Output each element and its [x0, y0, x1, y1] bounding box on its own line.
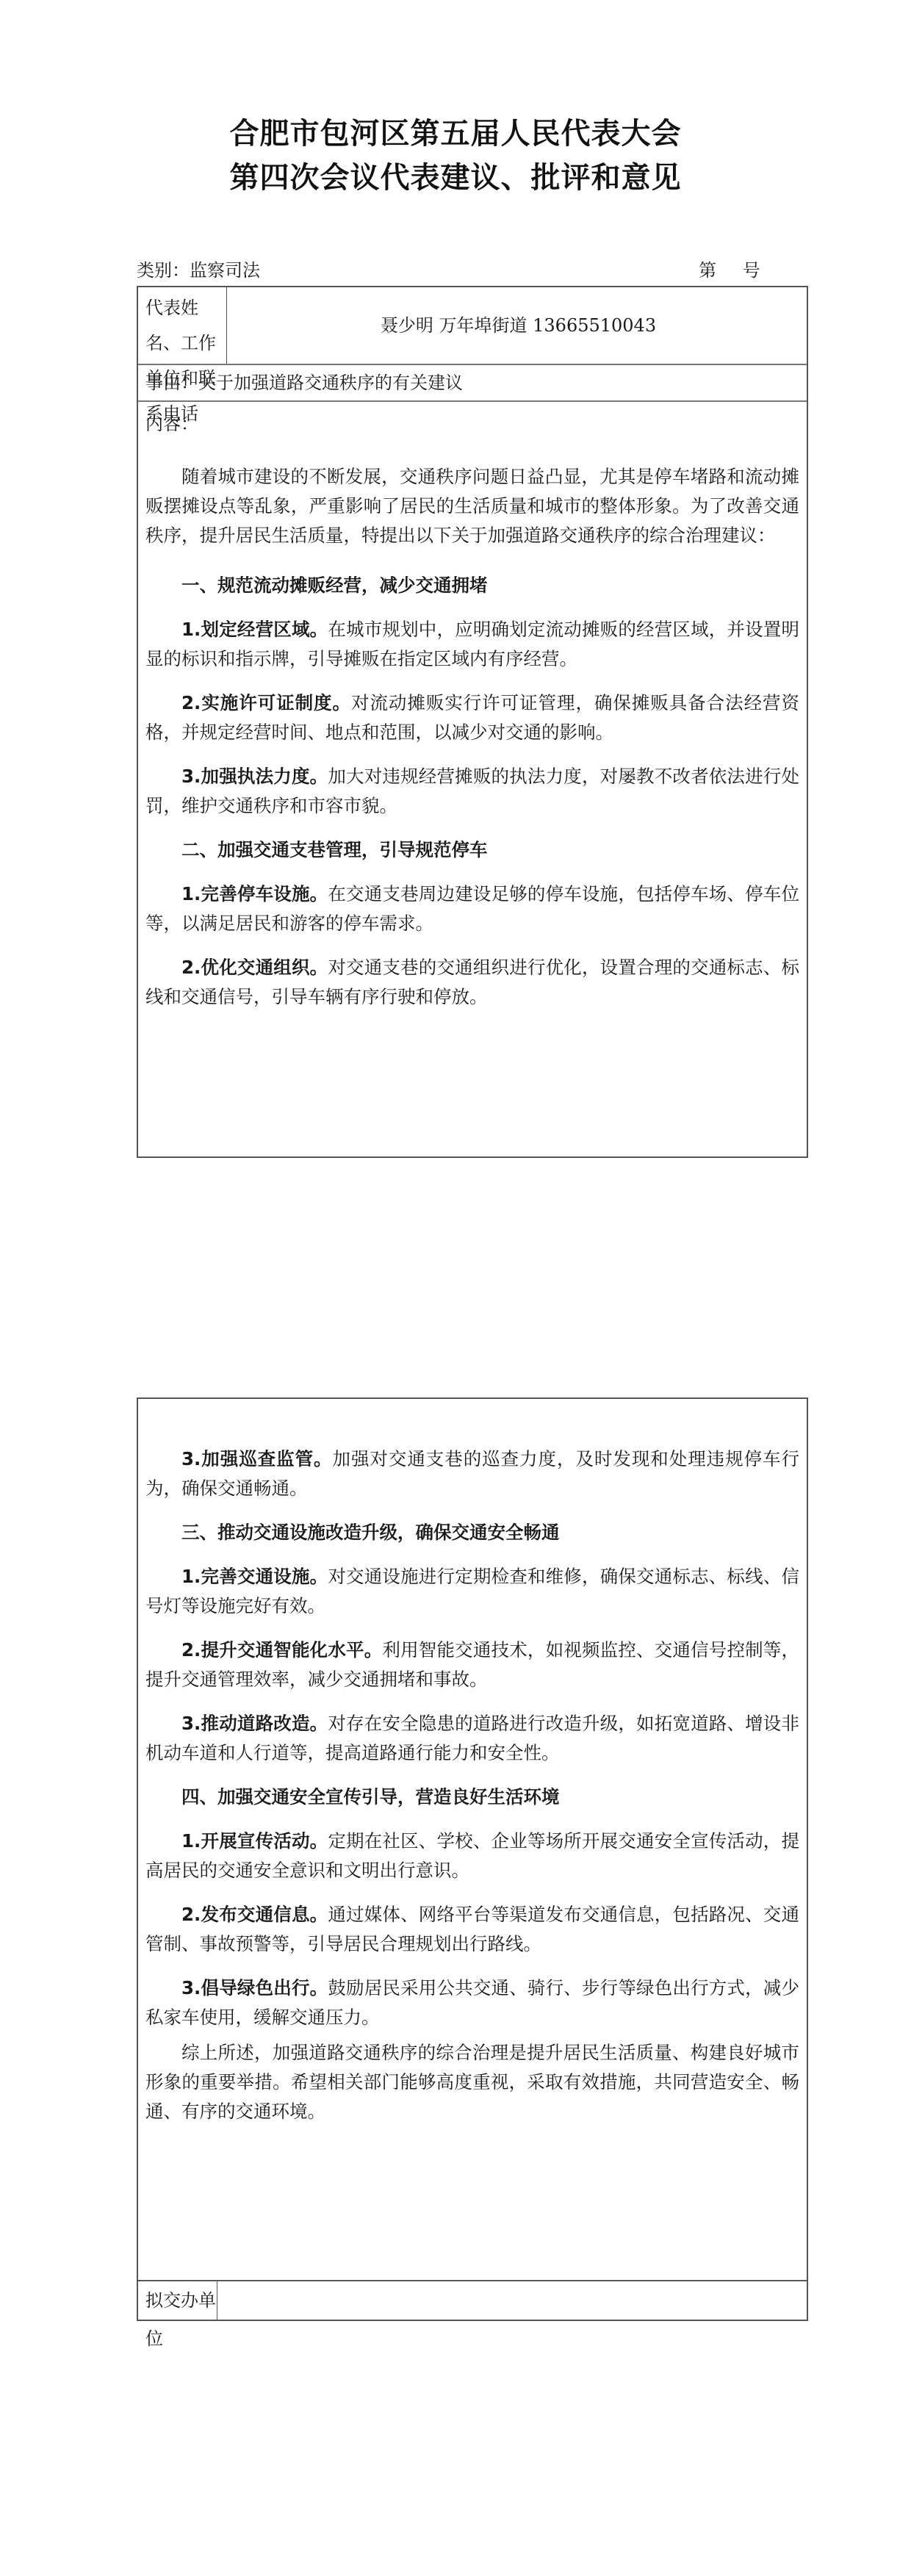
list-item: 1.完善交通设施。对交通设施进行定期检查和维修，确保交通标志、标线、信号灯等设施…	[145, 1562, 799, 1621]
list-item: 1.开展宣传活动。定期在社区、学校、企业等场所开展交通安全宣传活动，提高居民的交…	[145, 1827, 799, 1885]
reason-row: 事由：关于加强道路交通秩序的有关建议	[138, 364, 807, 402]
number-label: 第 号	[699, 256, 760, 281]
conclusion-paragraph: 综上所述，加强道路交通秩序的综合治理是提升居民生活质量、构建良好城市形象的重要举…	[145, 2038, 799, 2126]
list-item: 3.加强巡查监管。加强对交通支巷的巡查力度，及时发现和处理违规停车行为，确保交通…	[145, 1444, 799, 1503]
representative-value: 聂少明 万年埠街道 13665510043	[230, 287, 807, 364]
item-title: 3.加强执法力度。	[181, 766, 328, 787]
list-item: 2.优化交通组织。对交通支巷的交通组织进行优化，设置合理的交通标志、标线和交通信…	[145, 953, 799, 1012]
list-item: 3.推动道路改造。对存在安全隐患的道路进行改造升级，如拓宽道路、增设非机动车道和…	[145, 1709, 799, 1768]
section-heading: 三、推动交通设施改造升级，确保交通安全畅通	[145, 1518, 799, 1547]
assign-unit-row: 拟交办单位	[138, 2280, 807, 2320]
document-title-line2: 第四次会议代表建议、批评和意见	[0, 154, 911, 196]
item-title: 3.推动道路改造。	[181, 1713, 328, 1734]
form-page-2: 3.加强巡查监管。加强对交通支巷的巡查力度，及时发现和处理违规停车行为，确保交通…	[137, 1397, 808, 2321]
item-title: 2.发布交通信息。	[181, 1904, 328, 1925]
list-item: 2.发布交通信息。通过媒体、网络平台等渠道发布交通信息，包括路况、交通管制、事故…	[145, 1900, 799, 1959]
item-title: 3.加强巡查监管。	[181, 1448, 333, 1469]
section-heading: 四、加强交通安全宣传引导，营造良好生活环境	[145, 1782, 799, 1812]
assign-unit-label: 拟交办单位	[138, 2281, 217, 2320]
item-title: 2.实施许可证制度。	[181, 692, 351, 713]
item-title: 1.完善停车设施。	[181, 883, 328, 904]
list-item: 1.划定经营区域。在城市规划中，应明确划定流动摊贩的经营区域，并设置明显的标识和…	[145, 615, 799, 674]
item-title: 2.优化交通组织。	[181, 957, 328, 978]
content-body-page2: 3.加强巡查监管。加强对交通支巷的巡查力度，及时发现和处理违规停车行为，确保交通…	[145, 1430, 799, 2126]
list-item: 1.完善停车设施。在交通支巷周边建设足够的停车设施，包括停车场、停车位等，以满足…	[145, 879, 799, 938]
list-item: 3.加强执法力度。加大对违规经营摊贩的执法力度，对屡教不改者依法进行处罚，维护交…	[145, 762, 799, 821]
item-title: 1.完善交通设施。	[181, 1566, 328, 1587]
document-title-line1: 合肥市包河区第五届人民代表大会	[0, 110, 911, 152]
content-label: 内容：	[145, 409, 198, 435]
representative-row: 代表姓名、工作单位和联系电话 聂少明 万年埠街道 13665510043	[138, 287, 807, 365]
list-item: 3.倡导绿色出行。鼓励居民采用公共交通、骑行、步行等绿色出行方式，减少私家车使用…	[145, 1974, 799, 2032]
form-page-1: 代表姓名、工作单位和联系电话 聂少明 万年埠街道 13665510043 事由：…	[137, 286, 808, 1158]
list-item: 2.提升交通智能化水平。利用智能交通技术，如视频监控、交通信号控制等，提升交通管…	[145, 1636, 799, 1694]
item-title: 1.开展宣传活动。	[181, 1830, 328, 1852]
assign-unit-value	[219, 2281, 807, 2320]
section-heading: 一、规范流动摊贩经营，减少交通拥堵	[145, 571, 799, 600]
item-title: 2.提升交通智能化水平。	[181, 1639, 382, 1661]
item-title: 3.倡导绿色出行。	[181, 1977, 328, 1998]
list-item: 2.实施许可证制度。对流动摊贩实行许可证管理，确保摊贩具备合法经营资格，并规定经…	[145, 688, 799, 747]
intro-paragraph: 随着城市建设的不断发展，交通秩序问题日益凸显，尤其是停车堵路和流动摊贩摆摊设点等…	[145, 462, 799, 550]
item-title: 1.划定经营区域。	[181, 619, 328, 640]
representative-label: 代表姓名、工作单位和联系电话	[138, 287, 227, 364]
category-label: 类别：监察司法	[137, 256, 260, 281]
content-body-page1: 随着城市建设的不断发展，交通秩序问题日益凸显，尤其是停车堵路和流动摊贩摆摊设点等…	[145, 462, 799, 1012]
meta-row: 类别：监察司法 第 号	[137, 256, 807, 282]
section-heading: 二、加强交通支巷管理，引导规范停车	[145, 835, 799, 865]
